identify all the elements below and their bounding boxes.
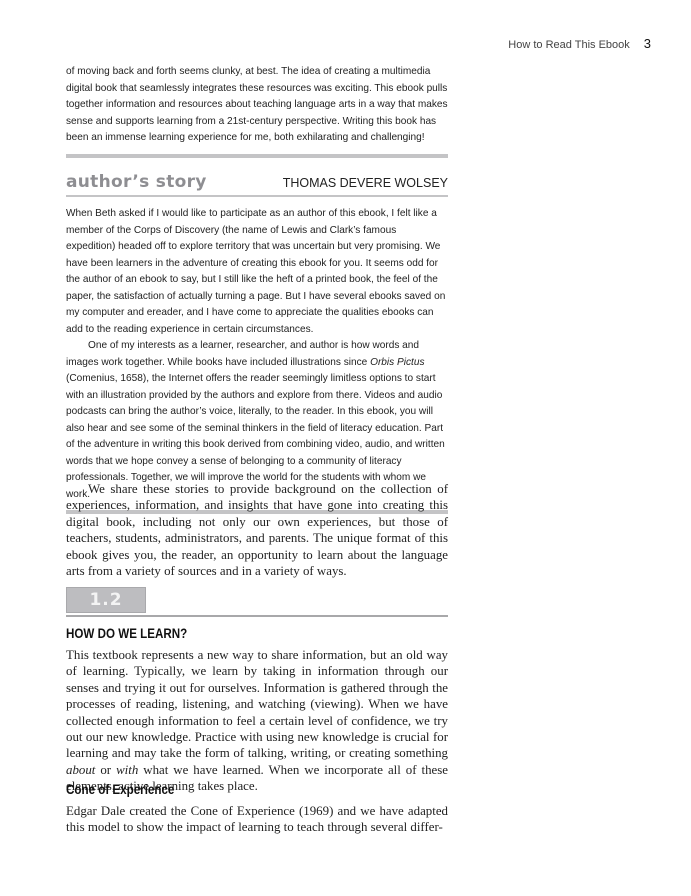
running-head: How to Read This Ebook 3 <box>508 36 651 51</box>
section-number-badge: 1.2 <box>66 587 146 613</box>
section-paragraph: This textbook represents a new way to sh… <box>66 647 448 795</box>
text-run: This textbook represents a new way to sh… <box>66 648 448 760</box>
page-number: 3 <box>644 36 651 51</box>
authors-story-box: author’s story THOMAS DEVERE WOLSEY When… <box>66 172 448 514</box>
section-rule <box>66 615 448 617</box>
italic-about: about <box>66 763 95 777</box>
stories-block: We share these stories to provide backgr… <box>66 481 448 579</box>
divider-rule <box>66 154 448 158</box>
section-1-2: 1.2 HOW DO WE LEARN? This textbook repre… <box>66 587 448 795</box>
text-run: One of my interests as a learner, resear… <box>66 340 419 368</box>
text-run: or <box>95 763 116 777</box>
intro-block: of moving back and forth seems clunky, a… <box>66 64 448 158</box>
authors-story-title: author’s story <box>66 172 207 192</box>
authors-story-author: THOMAS DEVERE WOLSEY <box>283 174 448 192</box>
authors-story-paragraph-2: One of my interests as a learner, resear… <box>66 338 448 503</box>
italic-with: with <box>116 763 138 777</box>
section-heading: HOW DO WE LEARN? <box>66 626 395 641</box>
section-number: 1.2 <box>89 590 122 610</box>
running-head-title: How to Read This Ebook <box>508 39 629 51</box>
authors-story-header: author’s story THOMAS DEVERE WOLSEY <box>66 172 448 192</box>
authors-story-paragraph-1: When Beth asked if I would like to parti… <box>66 206 448 338</box>
book-title-italic: Orbis Pictus <box>370 357 424 368</box>
subsection-cone: Cone of Experience Edgar Dale created th… <box>66 782 448 836</box>
subsection-heading: Cone of Experience <box>66 782 395 797</box>
intro-paragraph: of moving back and forth seems clunky, a… <box>66 64 448 147</box>
stories-paragraph: We share these stories to provide backgr… <box>66 481 448 579</box>
subsection-paragraph: Edgar Dale created the Cone of Experienc… <box>66 803 448 836</box>
